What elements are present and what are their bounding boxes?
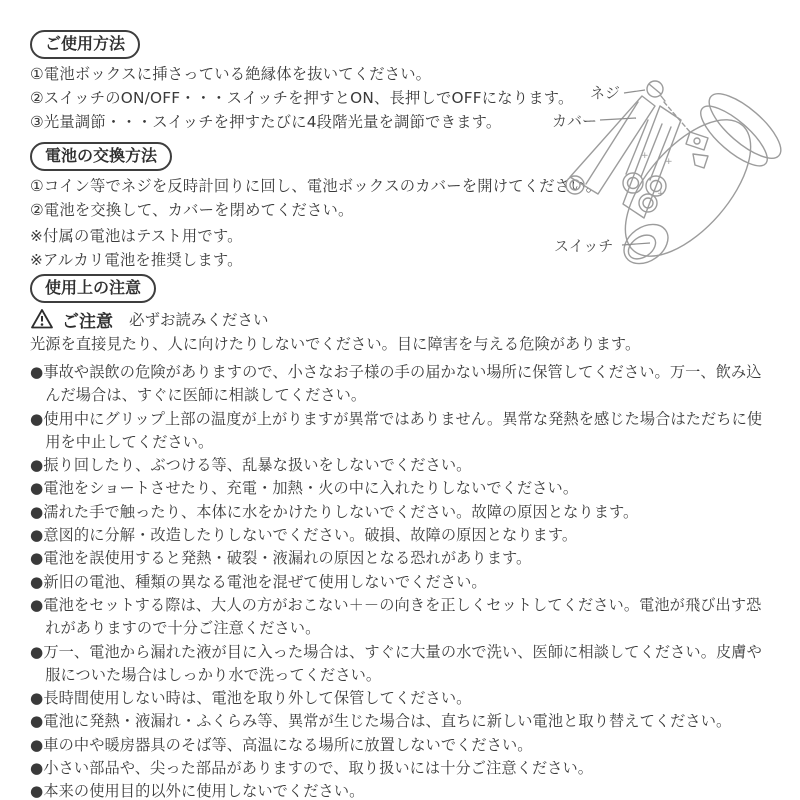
caution-bullet: ●濡れた手で触ったり、本体に水をかけたりしないでください。故障の原因となります。	[30, 501, 776, 524]
caution-bullet: ●車の中や暖房器具のそば等、高温になる場所に放置しないでください。	[30, 734, 776, 757]
caution-bullet: ●電池に発熱・液漏れ・ふくらみ等、異常が生じた場合は、直ちに新しい電池と取り替え…	[30, 710, 776, 733]
caution-bullet: ●本来の使用目的以外に使用しないでください。	[30, 780, 776, 800]
flashlight-illustration: + + +	[538, 56, 796, 298]
caution-bullet: ●電池をセットする際は、大人の方がおこない＋－の向きを正しくセットしてください。…	[30, 594, 776, 641]
caution-heading: 使用上の注意	[30, 274, 156, 303]
caution-bullet-list: ●事故や誤飲の危険がありますので、小さなお子様の手の届かない場所に保管してくださ…	[30, 361, 776, 800]
caution-bullet: ●意図的に分解・改造したりしないでください。破損、故障の原因となります。	[30, 524, 776, 547]
usage-heading: ご使用方法	[30, 30, 140, 59]
caution-bullet: ●使用中にグリップ上部の温度が上がりますが異常ではありません。異常な発熱を感じた…	[30, 408, 776, 455]
caution-bullet: ●事故や誤飲の危険がありますので、小さなお子様の手の届かない場所に保管してくださ…	[30, 361, 776, 408]
instruction-sheet: ご使用方法 ①電池ボックスに挿さっている絶縁体を抜いてください。 ②スイッチのO…	[0, 0, 800, 800]
svg-text:+: +	[665, 157, 673, 167]
caution-intro: 光源を直接見たり、人に向けたりしないでください。目に障害を与える危険があります。	[30, 333, 776, 356]
warning-row: ご注意 必ずお読みください	[30, 307, 776, 331]
caution-bullet: ●新旧の電池、種類の異なる電池を混ぜて使用しないでください。	[30, 571, 776, 594]
caution-bullet: ●振り回したり、ぶつける等、乱暴な扱いをしないでください。	[30, 454, 776, 477]
caution-bullet: ●電池をショートさせたり、充電・加熱・火の中に入れたりしないでください。	[30, 477, 776, 500]
warning-triangle-icon	[30, 308, 54, 330]
svg-text:+: +	[657, 189, 665, 199]
caution-bullet: ●万一、電池から漏れた液が目に入った場合は、すぐに大量の水で洗い、医師に相談して…	[30, 641, 776, 688]
latch-bracket	[686, 132, 708, 168]
cover-label: カバー	[552, 112, 597, 130]
caution-bullet: ●電池を誤使用すると発熱・破裂・液漏れの原因となる恐れがあります。	[30, 547, 776, 570]
battery-replacement-heading: 電池の交換方法	[30, 142, 172, 171]
warning-title: ご注意	[62, 307, 113, 332]
svg-text:+: +	[641, 151, 649, 161]
switch-label: スイッチ	[554, 237, 613, 255]
flashlight-diagram: + + +	[538, 56, 796, 298]
screw-icon	[647, 81, 665, 101]
warning-subtitle: 必ずお読みください	[129, 308, 269, 330]
caution-bullet: ●長時間使用しない時は、電池を取り外して保管してください。	[30, 687, 776, 710]
screw-label: ネジ	[590, 84, 620, 102]
caution-bullet: ●小さい部品や、尖った部品がありますので、取り扱いには十分ご注意ください。	[30, 757, 776, 780]
